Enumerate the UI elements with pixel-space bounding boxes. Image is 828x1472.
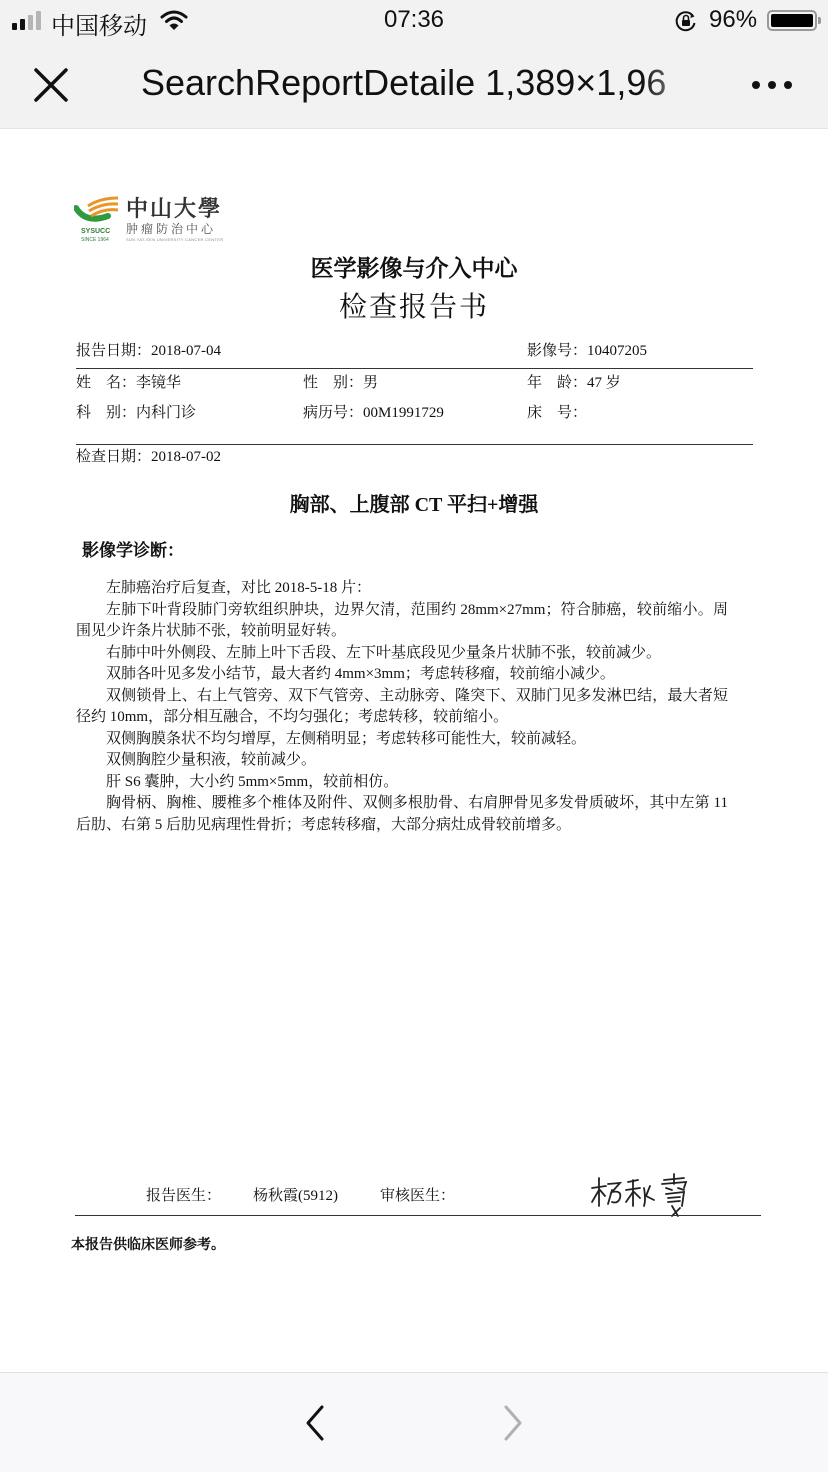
close-icon xyxy=(36,70,66,100)
divider xyxy=(76,368,753,369)
patient-name-label: 姓 名： xyxy=(76,375,136,391)
reporting-doctor-label: 报告医生： xyxy=(146,1184,221,1205)
more-button[interactable] xyxy=(752,72,802,98)
footer-note: 本报告供临床医师参考。 xyxy=(71,1234,225,1254)
logo-name-cn: 中山大學 xyxy=(126,192,222,223)
logo-abbr: SYSUCC xyxy=(81,228,110,235)
patient-sex-label: 性 别： xyxy=(303,375,363,391)
finding-item: 右肺中叶外侧段、左肺上叶下舌段、左下叶基底段见少量条片状肺不张，较前减少。 xyxy=(76,643,728,665)
patient-name-value: 李镜华 xyxy=(136,375,181,391)
clock: 07:36 xyxy=(0,6,828,34)
reviewing-doctor-signature xyxy=(588,1170,698,1220)
exam-date-value: 2018-07-02 xyxy=(151,449,221,465)
finding-item: 双侧胸膜条状不均匀增厚，左侧稍明显；考虑转移可能性大，较前减轻。 xyxy=(76,729,728,751)
document-title: 检查报告书 xyxy=(0,285,828,325)
patient-age: 年 龄：47 岁 xyxy=(527,371,621,392)
record-number-value: 00M1991729 xyxy=(363,405,444,421)
department-title: 医学影像与介入中心 xyxy=(0,250,828,283)
nav-header: SearchReportDetaile 1,389×1,96 xyxy=(0,42,828,129)
finding-item: 左肺癌治疗后复查，对比 2018-5-18 片： xyxy=(76,578,728,600)
patient-age-label: 年 龄： xyxy=(527,375,587,391)
report-date-label: 报告日期： xyxy=(76,343,151,359)
patient-age-value: 47 岁 xyxy=(587,375,621,391)
bed-number: 床 号： xyxy=(527,401,587,422)
image-number-label: 影像号： xyxy=(527,343,587,359)
image-number-value: 10407205 xyxy=(587,343,647,359)
logo-since: SINCE 1964 xyxy=(81,237,109,243)
logo-emblem-icon xyxy=(74,194,124,228)
logo-name-en: SUN YAT-SEN UNIVERSITY CANCER CENTER xyxy=(126,237,223,242)
chevron-left-icon xyxy=(308,1407,322,1439)
report-date-value: 2018-07-04 xyxy=(151,343,221,359)
diagnosis-findings: 左肺癌治疗后复查，对比 2018-5-18 片： 左肺下叶背段肺门旁软组织肿块，… xyxy=(76,578,728,836)
more-icon xyxy=(752,81,760,89)
close-button[interactable] xyxy=(28,62,74,108)
patient-sex-value: 男 xyxy=(363,375,378,391)
status-bar: 中国移动 07:36 96% xyxy=(0,0,828,42)
reporting-doctor: 杨秋霞(5912) xyxy=(253,1184,338,1205)
divider xyxy=(75,1215,761,1216)
report-document: SYSUCC SINCE 1964 中山大學 肿瘤防治中心 SUN YAT-SE… xyxy=(0,130,828,1372)
finding-item: 胸骨柄、胸椎、腰椎多个椎体及附件、双侧多根肋骨、右肩胛骨见多发骨质破坏，其中左第… xyxy=(76,793,728,836)
hospital-logo: SYSUCC SINCE 1964 中山大學 肿瘤防治中心 SUN YAT-SE… xyxy=(74,192,224,246)
finding-item: 双侧胸腔少量积液，较前减少。 xyxy=(76,750,728,772)
record-number: 病历号：00M1991729 xyxy=(303,401,444,422)
finding-item: 肝 S6 囊肿，大小约 5mm×5mm，较前相仿。 xyxy=(76,772,728,794)
finding-item: 双肺各叶见多发小结节，最大者约 4mm×3mm；考虑转移瘤，较前缩小减少。 xyxy=(76,664,728,686)
prev-button[interactable] xyxy=(296,1401,336,1445)
exam-title: 胸部、上腹部 CT 平扫+增强 xyxy=(0,488,828,517)
patient-sex: 性 别：男 xyxy=(303,371,378,392)
image-number: 影像号：10407205 xyxy=(527,339,647,360)
department-label: 科 别： xyxy=(76,405,136,421)
finding-item: 左肺下叶背段肺门旁软组织肿块，边界欠清，范围约 28mm×27mm；符合肺癌，较… xyxy=(76,600,728,643)
orientation-lock-icon xyxy=(674,9,698,33)
department-field: 科 别：内科门诊 xyxy=(76,401,196,422)
battery-icon xyxy=(767,10,817,31)
top-bar: 中国移动 07:36 96% SearchReportDetaile 1,389… xyxy=(0,0,828,129)
finding-item: 双侧锁骨上、右上气管旁、双下气管旁、主动脉旁、隆突下、双肺门见多发淋巴结，最大者… xyxy=(76,686,728,729)
diagnosis-heading: 影像学诊断： xyxy=(82,536,184,561)
department-value: 内科门诊 xyxy=(136,405,196,421)
report-date: 报告日期：2018-07-04 xyxy=(76,339,221,360)
reviewing-doctor-label: 审核医生： xyxy=(380,1184,455,1205)
next-button[interactable] xyxy=(492,1401,532,1445)
bottom-toolbar xyxy=(0,1372,828,1472)
exam-date-label: 检查日期： xyxy=(76,449,151,465)
record-number-label: 病历号： xyxy=(303,405,363,421)
patient-name: 姓 名：李镜华 xyxy=(76,371,181,392)
battery-percent: 96% xyxy=(709,6,757,34)
page-title: SearchReportDetaile 1,389×1,96 xyxy=(141,62,711,104)
logo-sub-cn: 肿瘤防治中心 xyxy=(126,220,216,237)
bed-number-label: 床 号： xyxy=(527,405,587,421)
exam-date: 检查日期：2018-07-02 xyxy=(76,445,221,466)
chevron-right-icon xyxy=(506,1407,520,1439)
